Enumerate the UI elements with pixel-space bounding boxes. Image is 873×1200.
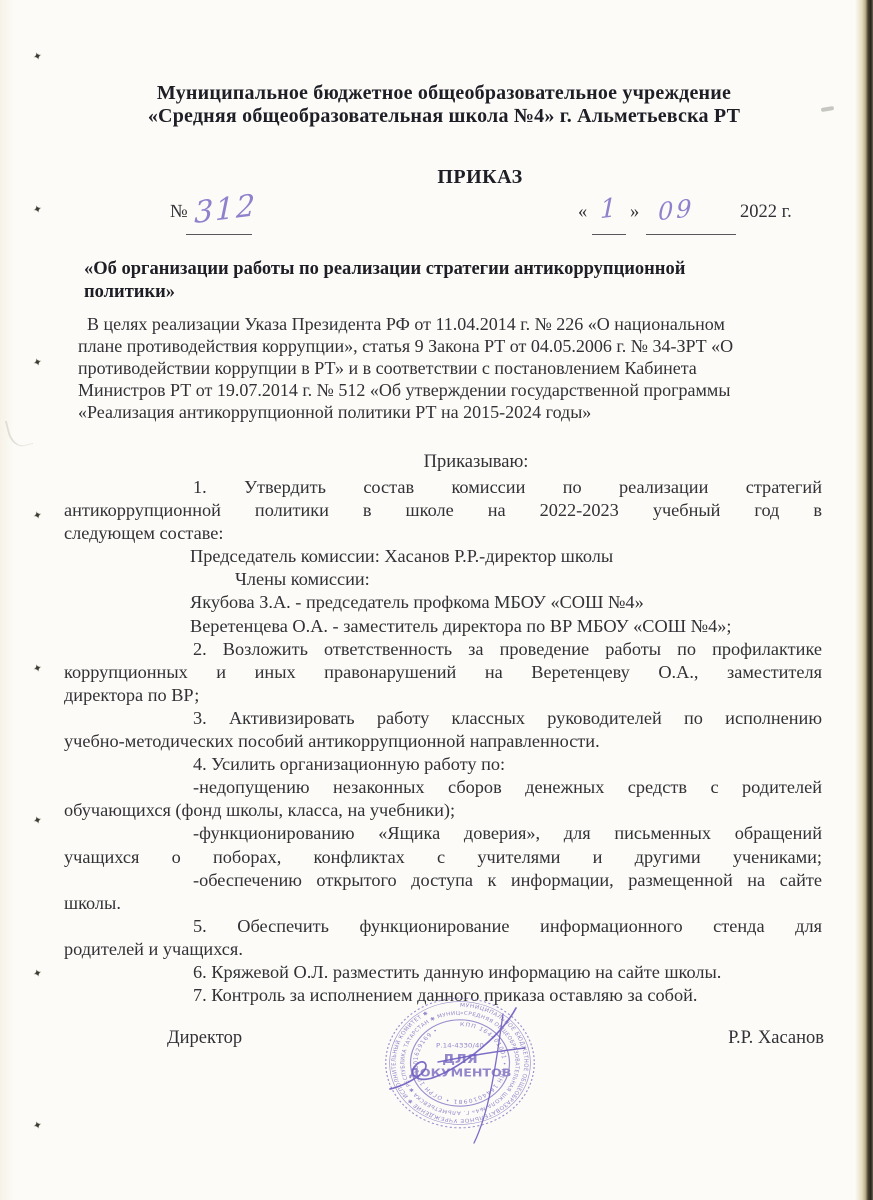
order-text-line: Члены комиссии: [64,568,822,591]
order-number-label: № [170,202,188,223]
preamble-line: плане противодействия коррупции», статья… [78,335,818,357]
signature-row: Директор Р.Р. Хасанов [64,1028,824,1058]
order-text-line: 2. Возложить ответственность за проведен… [64,638,822,661]
preamble-line: «Реализация антикоррупционной политики Р… [78,401,818,423]
svg-text:МУНИЦИПАЛЬНОЕ БЮДЖЕТНОЕ ОБЩЕОБ: МУНИЦИПАЛЬНОЕ БЮДЖЕТНОЕ ОБЩЕОБРАЗОВАТЕЛЬ… [391,1003,528,1123]
handwritten-month: 09 [658,194,695,227]
organization-name-line2: «Средняя общеобразовательная школа №4» г… [28,105,860,128]
preamble-line: противодействии коррупции в РТ» и в соот… [78,357,818,379]
scanned-order-document: ✦✦✦✦✦✦✦✦ Муниципальное бюджетное общеобр… [0,0,873,1200]
date-open-quote: « [578,202,587,223]
order-text-line: 6. Кряжевой О.Л. разместить данную инфор… [64,961,822,984]
order-subject: «Об организации работы по реализации стр… [84,258,784,305]
order-text-line: учебно-методических пособий антикоррупци… [64,730,822,753]
order-text-line: Председатель комиссии: Хасанов Р.Р.-дире… [64,545,822,568]
order-text-line: -обеспечению открытого доступа к информа… [64,869,822,892]
order-preamble: В целях реализации Указа Президента РФ о… [78,313,818,423]
round-stamp: МУНИЦИПАЛЬНОЕ БЮДЖЕТНОЕ ОБЩЕОБРАЗОВАТЕЛЬ… [386,998,535,1128]
date-year: 2022 г. [740,202,792,223]
order-text-line: 4. Усилить организационную работу по: [64,753,822,776]
signatory-position: Директор [167,1028,242,1049]
preamble-line: В целях реализации Указа Президента РФ о… [78,313,818,335]
order-text-line: 3. Активизировать работу классных руково… [64,707,822,730]
order-body: 1. Утвердить состав комиссии по реализац… [64,476,822,1007]
stamp-center-line2: ДОКУМЕНТОВ [409,1066,512,1079]
staple-mark: ✦ [31,813,44,828]
order-title: ПРИКАЗ [64,166,873,189]
order-text-line: Якубова З.А. - председатель профкома МБО… [64,591,822,614]
organization-name-line1: Муниципальное бюджетное общеобразователь… [28,82,860,105]
svg-text:«СРЕДНЯЯ ОБЩЕОБРАЗОВАТЕЛЬНАЯ Ш: «СРЕДНЯЯ ОБЩЕОБРАЗОВАТЕЛЬНАЯ ШКОЛА №4» Г… [400,1011,520,1115]
staple-mark: ✦ [31,355,44,370]
preamble-line: Министров РТ от 19.07.2014 г. № 512 «Об … [78,379,818,401]
order-text-line: директора по ВР; [64,684,822,707]
order-text-line: учащихся о поборах, конфликтах с учителя… [64,846,822,869]
order-text-line: -функционированию «Ящика доверия», для п… [64,822,822,845]
staple-mark: ✦ [31,1118,44,1133]
order-text-line: обучающихся (фонд школы, класса, на учеб… [64,799,822,822]
signatory-name: Р.Р. Хасанов [728,1028,824,1049]
stamp-outer-ring-text: МУНИЦИПАЛЬНОЕ БЮДЖЕТНОЕ ОБЩЕОБРАЗОВАТЕЛЬ… [391,1003,528,1123]
order-text-line: 5. Обеспечить функционирование информаци… [64,915,822,938]
staple-mark: ✦ [31,508,44,523]
stamp-middle-ring-text: «СРЕДНЯЯ ОБЩЕОБРАЗОВАТЕЛЬНАЯ ШКОЛА №4» Г… [400,1011,520,1115]
organization-header: Муниципальное бюджетное общеобразователь… [28,82,860,129]
order-subject-line2: политики» [84,281,784,304]
order-text-line: антикоррупционной политики в школе на 20… [64,499,822,522]
order-text-line: школы. [64,892,822,915]
scan-artifact [5,416,33,449]
number-date-row: № 312 « 1 » 09 2022 г. [0,202,873,242]
order-text-line: родителей и учащихся. [64,938,822,961]
order-text-line: 1. Утвердить состав комиссии по реализац… [64,476,822,499]
staple-mark: ✦ [31,49,44,64]
resolve-heading: Приказываю: [64,452,873,473]
date-close-quote: » [630,202,639,223]
order-text-line: коррупционных и иных правонарушений на В… [64,661,822,684]
order-text-line: -недопущению незаконных сборов денежных … [64,776,822,799]
staple-mark: ✦ [31,661,44,676]
order-text-line: 7. Контроль за исполнением данного прика… [64,984,822,1007]
handwritten-day: 1 [600,193,619,226]
order-text-line: следующем составе: [64,522,822,545]
order-text-line: Веретенцева О.А. - заместитель директора… [64,615,822,638]
staple-mark: ✦ [31,966,44,981]
order-subject-line1: «Об организации работы по реализации стр… [84,258,784,281]
